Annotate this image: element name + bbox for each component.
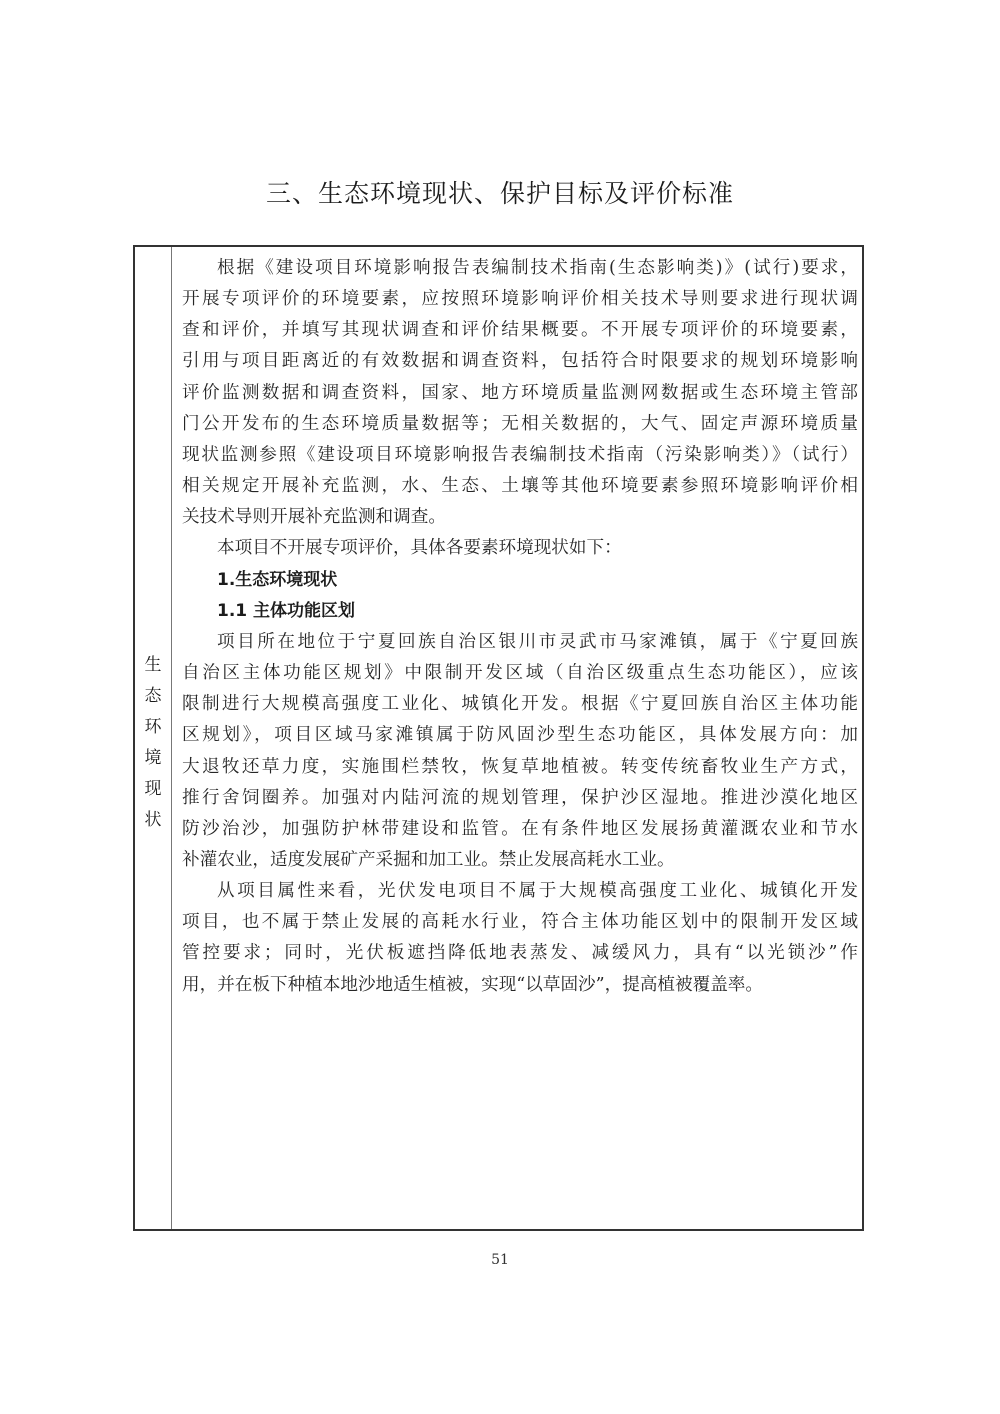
row-label-char: 生 — [135, 650, 171, 681]
text-line: 自治区主体功能区规划》中限制开发区域（自治区级重点生态功能区），应该 — [182, 658, 858, 689]
text-line: 防沙治沙，加强防护林带建设和监管。在有条件地区发展扬黄灌溉农业和节水 — [182, 814, 858, 845]
row-label-cell: 生态环境现状 — [135, 247, 172, 1229]
row-label-char: 环 — [135, 712, 171, 743]
text-line: 评价监测数据和调查资料，国家、地方环境质量监测网数据或生态环境主管部 — [182, 378, 858, 409]
row-label-char: 态 — [135, 681, 171, 712]
text-line: 推行舍饲圈养。加强对内陆河流的规划管理，保护沙区湿地。推进沙漠化地区 — [182, 783, 858, 814]
text-line: 大退牧还草力度，实施围栏禁牧，恢复草地植被。转变传统畜牧业生产方式， — [182, 752, 858, 783]
text-line: 门公开发布的生态环境质量数据等；无相关数据的，大气、固定声源环境质量 — [182, 409, 858, 440]
content-cell: 根据《建设项目环境影响报告表编制技术指南(生态影响类)》(试行)要求，开展专项评… — [182, 253, 858, 1001]
text-line: 1.1 主体功能区划 — [182, 596, 858, 627]
text-line: 查和评价，并填写其现状调查和评价结果概要。不开展专项评价的环境要素， — [182, 315, 858, 346]
text-line: 限制进行大规模高强度工业化、城镇化开发。根据《宁夏回族自治区主体功能 — [182, 689, 858, 720]
page-number: 51 — [0, 1252, 1000, 1268]
text-line: 项目，也不属于禁止发展的高耗水行业，符合主体功能区划中的限制开发区域 — [182, 907, 858, 938]
content-table: 生态环境现状 根据《建设项目环境影响报告表编制技术指南(生态影响类)》(试行)要… — [133, 245, 864, 1231]
text-line: 区规划》，项目区域马家滩镇属于防风固沙型生态功能区，具体发展方向：加 — [182, 720, 858, 751]
text-line: 开展专项评价的环境要素，应按照环境影响评价相关技术导则要求进行现状调 — [182, 284, 858, 315]
row-label-char: 境 — [135, 743, 171, 774]
row-label-char: 现 — [135, 774, 171, 805]
text-line: 相关规定开展补充监测，水、生态、土壤等其他环境要素参照环境影响评价相 — [182, 471, 858, 502]
row-label-char: 状 — [135, 805, 171, 836]
text-line: 用，并在板下种植本地沙地适生植被，实现“以草固沙”，提高植被覆盖率。 — [182, 970, 858, 1001]
text-line: 从项目属性来看，光伏发电项目不属于大规模高强度工业化、城镇化开发 — [182, 876, 858, 907]
body-paragraph: 项目所在地位于宁夏回族自治区银川市灵武市马家滩镇，属于《宁夏回族自治区主体功能区… — [182, 627, 858, 876]
page-title: 三、生态环境现状、保护目标及评价标准 — [0, 174, 1000, 210]
row-label: 生态环境现状 — [135, 650, 171, 836]
text-line: 1.生态环境现状 — [182, 565, 858, 596]
text-line: 管控要求；同时，光伏板遮挡降低地表蒸发、减缓风力，具有“以光锁沙”作 — [182, 938, 858, 969]
section-heading: 1.生态环境现状 — [182, 565, 858, 596]
body-paragraph: 从项目属性来看，光伏发电项目不属于大规模高强度工业化、城镇化开发项目，也不属于禁… — [182, 876, 858, 1001]
text-line: 引用与项目距离近的有效数据和调查资料，包括符合时限要求的规划环境影响 — [182, 346, 858, 377]
text-line: 根据《建设项目环境影响报告表编制技术指南(生态影响类)》(试行)要求， — [182, 253, 858, 284]
body-paragraph: 本项目不开展专项评价，具体各要素环境现状如下： — [182, 533, 858, 564]
text-line: 项目所在地位于宁夏回族自治区银川市灵武市马家滩镇，属于《宁夏回族 — [182, 627, 858, 658]
text-line: 补灌农业，适度发展矿产采掘和加工业。禁止发展高耗水工业。 — [182, 845, 858, 876]
section-heading: 1.1 主体功能区划 — [182, 596, 858, 627]
text-line: 关技术导则开展补充监测和调查。 — [182, 502, 858, 533]
text-line: 本项目不开展专项评价，具体各要素环境现状如下： — [182, 533, 858, 564]
text-line: 现状监测参照《建设项目环境影响报告表编制技术指南（污染影响类）》（试行） — [182, 440, 858, 471]
body-paragraph: 根据《建设项目环境影响报告表编制技术指南(生态影响类)》(试行)要求，开展专项评… — [182, 253, 858, 533]
